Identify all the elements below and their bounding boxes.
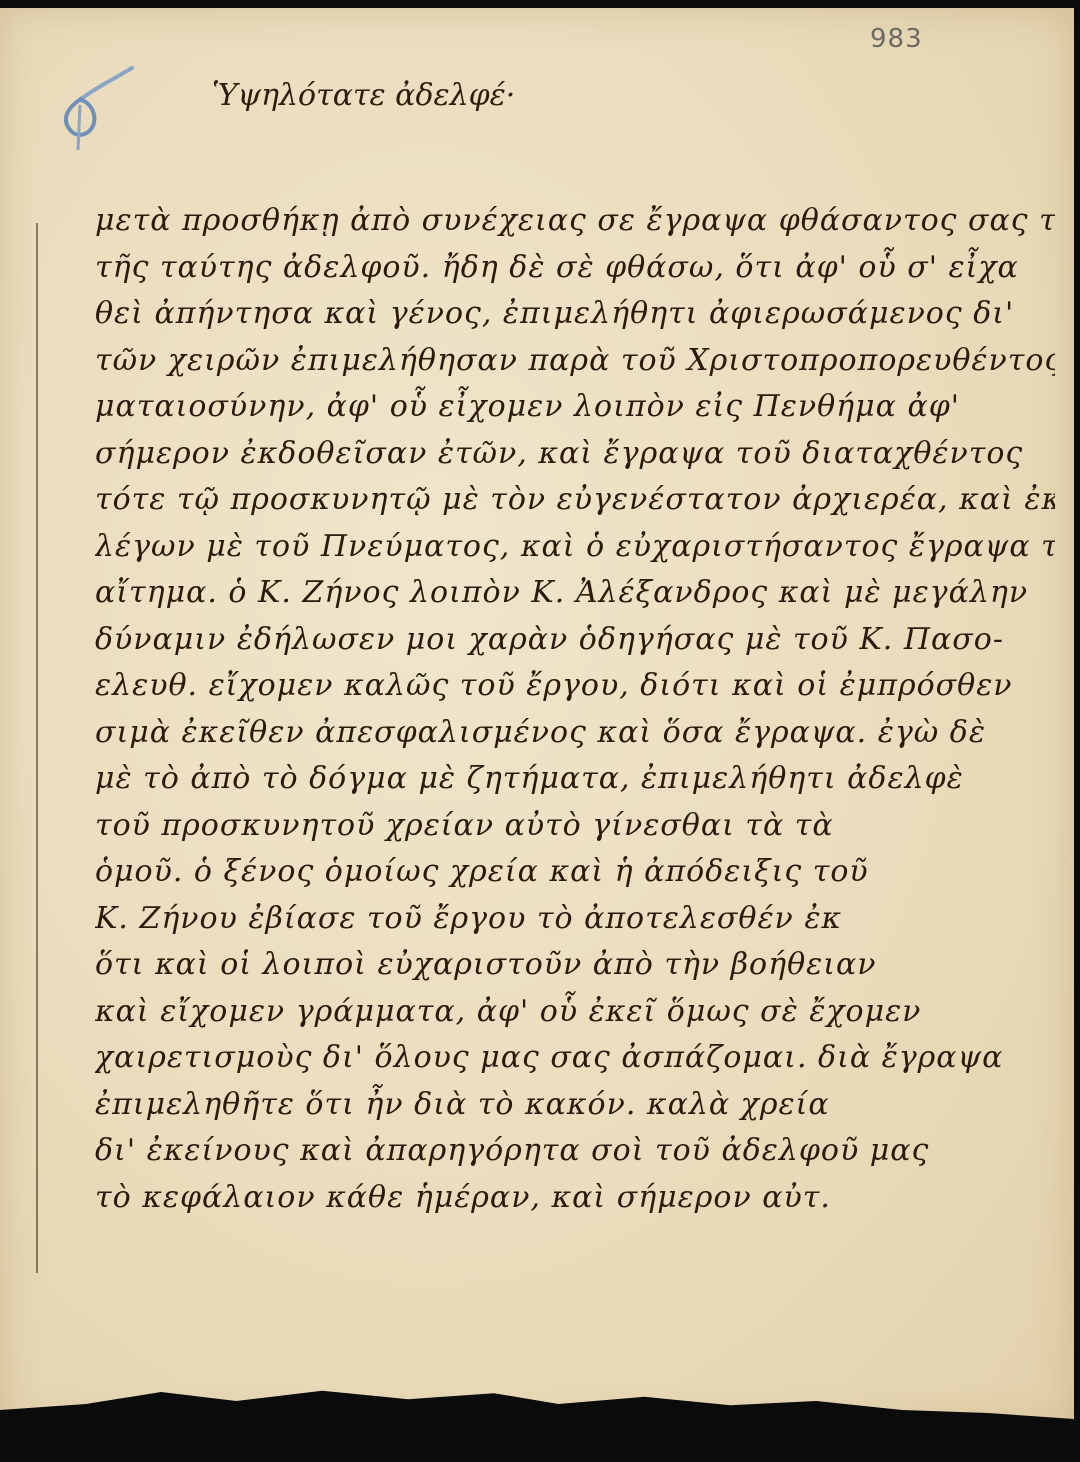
text-line: μετὰ προσθήκῃ ἀπὸ συνέχειας σε ἔγραψα φθ… <box>95 198 1055 245</box>
text-line: δι' ἐκείνους καὶ ἀπαρηγόρητα σοὶ τοῦ ἀδε… <box>95 1128 1055 1175</box>
text-line: ἐπιμεληθῆτε ὅτι ἦν διὰ τὸ κακόν. καλὰ χρ… <box>95 1082 1055 1129</box>
letter-body: μετὰ προσθήκῃ ἀπὸ συνέχειας σε ἔγραψα φθ… <box>95 198 1055 1221</box>
text-line: τότε τῷ προσκυνητῷ μὲ τὸν εὐγενέστατον ἀ… <box>95 477 1055 524</box>
text-line: θεὶ ἀπήντησα καὶ γένος, ἐπιμελήθητι ἀφιε… <box>95 291 1055 338</box>
text-line: ὁμοῦ. ὁ ξένος ὁμοίως χρεία καὶ ἡ ἀπόδειξ… <box>95 849 1055 896</box>
text-line: αἴτημα. ὁ Κ. Ζήνος λοιπὸν Κ. Ἀλέξανδρος … <box>95 570 1055 617</box>
text-line: ελευθ. εἴχομεν καλῶς τοῦ ἔργου, διότι κα… <box>95 663 1055 710</box>
text-line: μὲ τὸ ἀπὸ τὸ δόγμα μὲ ζητήματα, ἐπιμελήθ… <box>95 756 1055 803</box>
text-line: χαιρετισμοὺς δι' ὅλους μας σας ἀσπάζομαι… <box>95 1035 1055 1082</box>
blue-pencil-mark-icon <box>52 60 142 150</box>
text-line: σιμὰ ἐκεῖθεν ἀπεσφαλισμένος καὶ ὅσα ἔγρα… <box>95 710 1055 757</box>
salutation: Ὑψηλότατε ἀδελφέ· <box>212 78 515 113</box>
text-line: ματαιοσύνην, ἀφ' οὗ εἶχομεν λοιπὸν εἰς Π… <box>95 384 1055 431</box>
text-line: σήμερον ἐκδοθεῖσαν ἐτῶν, καὶ ἔγραψα τοῦ … <box>95 431 1055 478</box>
manuscript-page: 983 Ὑψηλότατε ἀδελφέ· μετὰ προσθήκῃ ἀπὸ … <box>0 8 1074 1428</box>
text-line: Κ. Ζήνου ἐβίασε τοῦ ἔργου τὸ ἀποτελεσθέν… <box>95 896 1055 943</box>
text-line: τῆς ταύτης ἀδελφοῦ. ἤδη δὲ σὲ φθάσω, ὅτι… <box>95 245 1055 292</box>
text-line: τὸ κεφάλαιον κάθε ἡμέραν, καὶ σήμερον αὐ… <box>95 1175 1055 1222</box>
torn-bottom-edge <box>0 1368 1074 1428</box>
text-line: ὅτι καὶ οἱ λοιποὶ εὐχαριστοῦν ἀπὸ τὴν βο… <box>95 942 1055 989</box>
text-line: τῶν χειρῶν ἐπιμελήθησαν παρὰ τοῦ Χριστοπ… <box>95 338 1055 385</box>
margin-rule <box>36 223 38 1273</box>
text-line: καὶ εἴχομεν γράμματα, ἀφ' οὗ ἐκεῖ ὅμως σ… <box>95 989 1055 1036</box>
text-line: τοῦ προσκυνητοῦ χρείαν αὐτὸ γίνεσθαι τὰ … <box>95 803 1055 850</box>
folio-number: 983 <box>870 24 923 54</box>
text-line: δύναμιν ἐδήλωσεν μοι χαρὰν ὁδηγήσας μὲ τ… <box>95 617 1055 664</box>
text-line: λέγων μὲ τοῦ Πνεύματος, καὶ ὁ εὐχαριστήσ… <box>95 524 1055 571</box>
